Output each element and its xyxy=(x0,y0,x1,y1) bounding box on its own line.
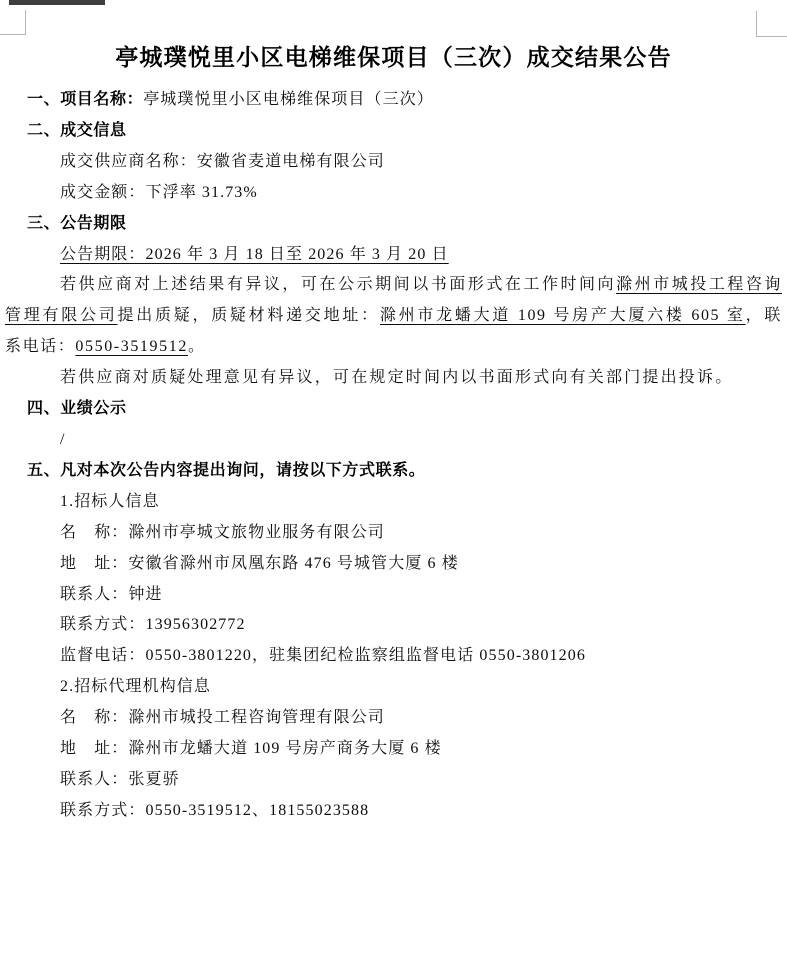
tenderer-supervision: 监督电话：0550-3801220，驻集团纪检监察组监督电话 0550-3801… xyxy=(27,641,760,672)
agency-heading: 2.招标代理机构信息 xyxy=(27,672,760,703)
complaint-line: 若供应商对质疑处理意见有异议，可在规定时间内以书面形式向有关部门提出投诉。 xyxy=(27,363,760,394)
agency-phone: 联系方式：0550-3519512、18155023588 xyxy=(27,796,760,827)
agency-address: 地 址：滁州市龙蟠大道 109 号房产商务大厦 6 楼 xyxy=(27,734,760,765)
section-5-heading: 五、凡对本次公告内容提出询问，请按以下方式联系。 xyxy=(27,456,760,487)
objection-paragraph-line-1: 若供应商对上述结果有异议，可在公示期间以书面形式在工作时间向滁州市城投工程咨询 xyxy=(5,270,782,301)
crop-mark-top-left-icon xyxy=(0,10,26,35)
delivery-address-underlined: 滁州市龙蟠大道 109 号房产大厦六楼 605 室 xyxy=(380,307,746,324)
document-page: 亭城璞悦里小区电梯维保项目（三次）成交结果公告 一、项目名称：亭城璞悦里小区电梯… xyxy=(0,0,787,962)
objection-text-3: ，联 xyxy=(746,307,782,324)
supplier-line: 成交供应商名称：安徽省麦道电梯有限公司 xyxy=(27,147,760,178)
section-4-heading: 四、业绩公示 xyxy=(27,394,760,425)
tenderer-contact: 联系人：钟进 xyxy=(27,580,760,611)
tenderer-address: 地 址：安徽省滁州市凤凰东路 476 号城管大厦 6 楼 xyxy=(27,549,760,580)
objection-text-5: 。 xyxy=(188,338,206,355)
document-body: 一、项目名称：亭城璞悦里小区电梯维保项目（三次） 二、成交信息 成交供应商名称：… xyxy=(27,85,760,827)
objection-paragraph-line-3: 系电话：0550-3519512。 xyxy=(5,332,782,363)
objection-text-4: 系电话： xyxy=(5,338,75,355)
objection-paragraph-line-2: 管理有限公司提出质疑，质疑材料递交地址：滁州市龙蟠大道 109 号房产大厦六楼 … xyxy=(5,301,782,332)
agency-name-underlined-part2: 管理有限公司 xyxy=(5,307,117,324)
tenderer-heading: 1.招标人信息 xyxy=(27,487,760,518)
objection-text-2: 提出质疑，质疑材料递交地址： xyxy=(117,307,379,324)
phone-underlined: 0550-3519512 xyxy=(75,338,188,355)
performance-value: / xyxy=(27,425,760,456)
agency-name: 名 称：滁州市城投工程咨询管理有限公司 xyxy=(27,703,760,734)
agency-name-underlined-part1: 滁州市城投工程咨询 xyxy=(616,276,782,293)
page-title: 亭城璞悦里小区电梯维保项目（三次）成交结果公告 xyxy=(0,42,787,74)
tenderer-phone: 联系方式：13956302772 xyxy=(27,610,760,641)
section-1-value: 亭城璞悦里小区电梯维保项目（三次） xyxy=(143,91,434,108)
announcement-period-underlined: 公告期限：2026 年 3 月 18 日至 2026 年 3 月 20 日 xyxy=(60,246,449,263)
section-2-heading: 二、成交信息 xyxy=(27,116,760,147)
agency-contact: 联系人：张夏骄 xyxy=(27,765,760,796)
crop-mark-top-right-icon xyxy=(756,11,787,37)
section-3-heading: 三、公告期限 xyxy=(27,209,760,240)
window-edge-fragment xyxy=(9,0,105,5)
announcement-period-line: 公告期限：2026 年 3 月 18 日至 2026 年 3 月 20 日 xyxy=(27,240,760,271)
section-1-label: 一、项目名称： xyxy=(27,91,143,108)
amount-line: 成交金额：下浮率 31.73% xyxy=(27,178,760,209)
objection-text-1: 若供应商对上述结果有异议，可在公示期间以书面形式在工作时间向 xyxy=(60,276,616,293)
section-1-project-name: 一、项目名称：亭城璞悦里小区电梯维保项目（三次） xyxy=(27,85,760,116)
tenderer-name: 名 称：滁州市亭城文旅物业服务有限公司 xyxy=(27,518,760,549)
